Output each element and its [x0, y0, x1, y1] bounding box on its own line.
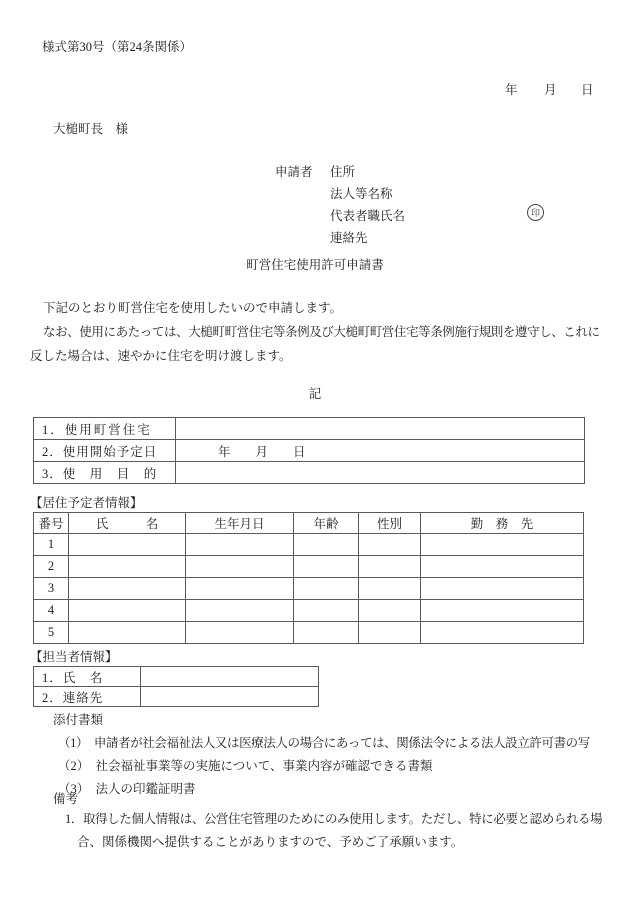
- date-day-label: 日: [581, 83, 594, 97]
- applicant-label: 申請者: [275, 165, 313, 179]
- usage-row-value: [176, 418, 585, 440]
- form-number: 様式第30号（第24条関係）: [42, 40, 192, 54]
- usage-table: 1．使用町営住宅 2．使用開始予定日 年 月 日 3．使 用 目 的: [33, 417, 585, 484]
- applicant-contact-label: 連絡先: [330, 231, 368, 245]
- remark-line: 合、関係機関へ提供することがありますので、予めご了承願います。: [77, 835, 463, 849]
- empty-cell: [186, 556, 294, 578]
- table-row: 1: [34, 534, 584, 556]
- empty-cell: [294, 556, 359, 578]
- table-row: 3: [34, 578, 584, 600]
- usage-row-label: 2．使用開始予定日: [34, 440, 176, 462]
- column-header: 氏 名: [69, 513, 186, 534]
- contact-row-value: [141, 687, 319, 707]
- applicant-address-label: 住所: [330, 165, 355, 179]
- remark-line: 1．取得した個人情報は、公営住宅管理のためにのみ使用します。ただし、特に必要と認…: [65, 812, 602, 826]
- row-number-cell: 2: [34, 556, 69, 578]
- table-row: 1．氏 名: [34, 667, 319, 687]
- empty-cell: [294, 600, 359, 622]
- residents-heading: 【居住予定者情報】: [30, 496, 143, 510]
- empty-cell: [359, 556, 421, 578]
- empty-cell: [69, 534, 186, 556]
- application-form-page: 様式第30号（第24条関係） 年 月 日 大槌町長 様 申請者 住所 法人等名称…: [0, 0, 630, 903]
- applicant-corporation-label: 法人等名称: [330, 187, 393, 201]
- empty-cell: [359, 622, 421, 644]
- row-number-cell: 3: [34, 578, 69, 600]
- empty-cell: [186, 622, 294, 644]
- empty-cell: [421, 600, 584, 622]
- empty-cell: [69, 578, 186, 600]
- contact-row-value: [141, 667, 319, 687]
- empty-cell: [294, 578, 359, 600]
- empty-cell: [69, 622, 186, 644]
- empty-cell: [421, 534, 584, 556]
- empty-cell: [359, 600, 421, 622]
- empty-cell: [359, 578, 421, 600]
- empty-cell: [421, 578, 584, 600]
- contact-row-label: 1．氏 名: [34, 667, 141, 687]
- row-number-cell: 1: [34, 534, 69, 556]
- table-row: 5: [34, 622, 584, 644]
- date-year-label: 年: [505, 83, 518, 97]
- empty-cell: [69, 600, 186, 622]
- column-header: 勤 務 先: [421, 513, 584, 534]
- column-header: 番号: [34, 513, 69, 534]
- empty-cell: [69, 556, 186, 578]
- attachment-item: （1） 申請者が社会福祉法人又は医療法人の場合にあっては、関係法令による法人設立…: [58, 736, 590, 750]
- empty-cell: [421, 556, 584, 578]
- empty-cell: [294, 622, 359, 644]
- contact-table: 1．氏 名 2．連絡先: [33, 666, 319, 707]
- date-month-label: 月: [544, 83, 557, 97]
- table-header-row: 番号 氏 名 生年月日 年齢 性別 勤 務 先: [34, 513, 584, 534]
- column-header: 生年月日: [186, 513, 294, 534]
- empty-cell: [421, 622, 584, 644]
- body-line: 反した場合は、速やかに住宅を明け渡します。: [30, 349, 292, 363]
- table-row: 2: [34, 556, 584, 578]
- record-marker: 記: [0, 387, 630, 401]
- form-title: 町営住宅使用許可申請書: [0, 258, 630, 272]
- empty-cell: [359, 534, 421, 556]
- usage-row-value: [176, 462, 585, 484]
- empty-cell: [186, 578, 294, 600]
- attachment-item: （3） 法人の印鑑証明書: [58, 782, 196, 796]
- table-row: 2．連絡先: [34, 687, 319, 707]
- contact-heading: 【担当者情報】: [30, 650, 118, 664]
- empty-cell: [294, 534, 359, 556]
- contact-row-label: 2．連絡先: [34, 687, 141, 707]
- usage-row-label: 1．使用町営住宅: [34, 418, 176, 440]
- seal-icon: 印: [527, 204, 544, 221]
- attachments-heading: 添付書類: [53, 713, 103, 727]
- body-line: 下記のとおり町営住宅を使用したいので申請します。: [43, 301, 342, 315]
- row-number-cell: 4: [34, 600, 69, 622]
- remarks-heading: 備考: [53, 792, 78, 806]
- column-header: 性別: [359, 513, 421, 534]
- table-row: 2．使用開始予定日 年 月 日: [34, 440, 585, 462]
- attachment-item: （2） 社会福祉事業等の実施について、事業内容が確認できる書類: [58, 759, 433, 773]
- row-number-cell: 5: [34, 622, 69, 644]
- addressee: 大槌町長 様: [53, 122, 128, 136]
- usage-row-label: 3．使 用 目 的: [34, 462, 176, 484]
- applicant-representative-label: 代表者職氏名: [330, 209, 405, 223]
- table-row: 1．使用町営住宅: [34, 418, 585, 440]
- table-row: 4: [34, 600, 584, 622]
- table-row: 3．使 用 目 的: [34, 462, 585, 484]
- column-header: 年齢: [294, 513, 359, 534]
- residents-table: 番号 氏 名 生年月日 年齢 性別 勤 務 先 1 2 3 4: [33, 512, 584, 644]
- usage-row-value: 年 月 日: [176, 440, 585, 462]
- body-line: なお、使用にあたっては、大槌町町営住宅等条例及び大槌町町営住宅等条例施行規則を遵…: [43, 325, 600, 339]
- empty-cell: [186, 600, 294, 622]
- empty-cell: [186, 534, 294, 556]
